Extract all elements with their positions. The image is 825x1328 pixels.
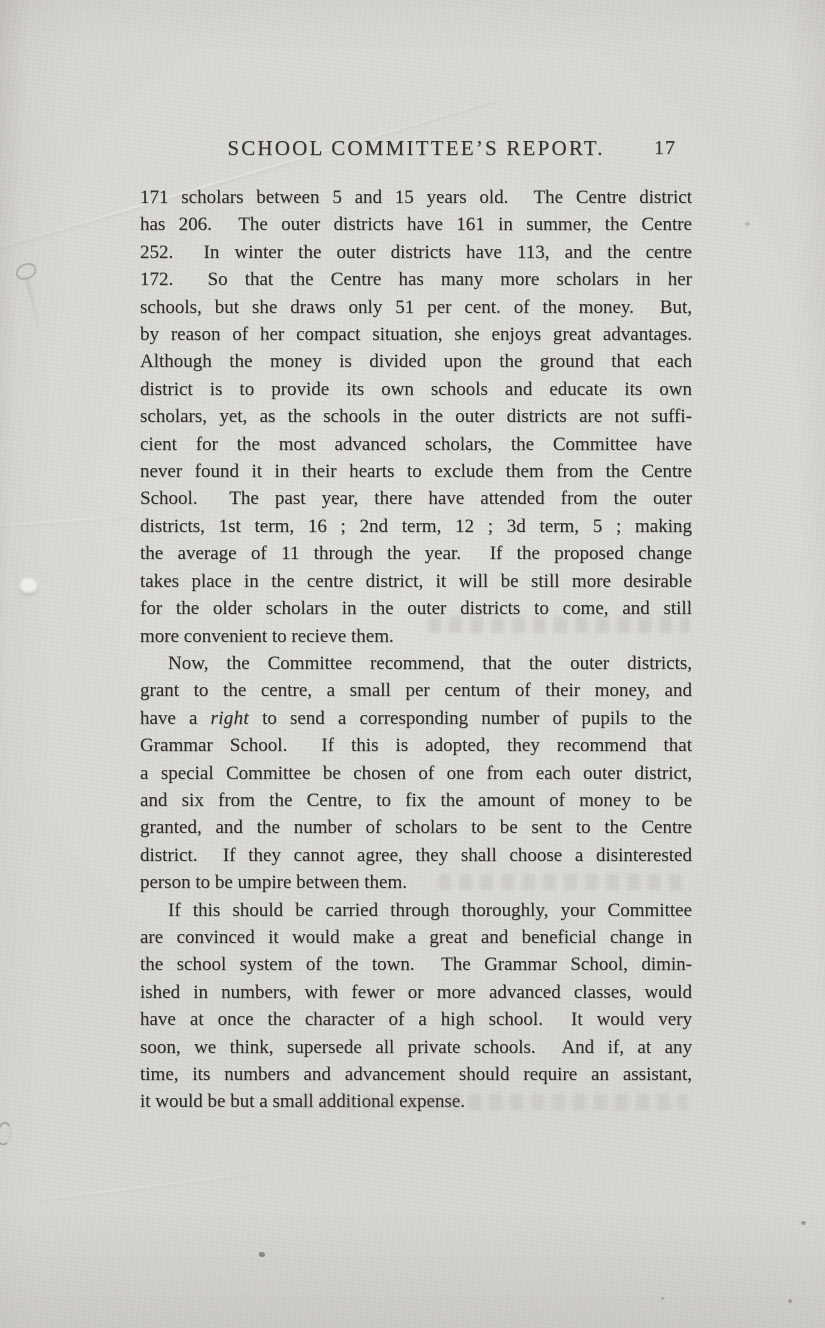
text-line: have at once the character of a high sch… bbox=[140, 1006, 692, 1033]
text-line: cient for the most advanced scholars, th… bbox=[140, 431, 692, 458]
text-line: it would be but a small additional expen… bbox=[140, 1088, 692, 1115]
text-line: and six from the Centre, to fix the amou… bbox=[140, 787, 692, 814]
text-line: School. The past year, there have attend… bbox=[140, 485, 692, 512]
paper-dimple bbox=[20, 578, 37, 593]
text-line: the school system of the town. The Gramm… bbox=[140, 951, 692, 978]
text-line: never found it in their hearts to exclud… bbox=[140, 458, 692, 485]
text-line: 252. In winter the outer districts have … bbox=[140, 239, 692, 266]
text-line: 171 scholars between 5 and 15 years old.… bbox=[140, 184, 692, 211]
text-line: grant to the centre, a small per centum … bbox=[140, 677, 692, 704]
paper-speck bbox=[788, 1299, 792, 1303]
text-line: are convinced it would make a great and … bbox=[140, 924, 692, 951]
text-line: takes place in the centre district, it w… bbox=[140, 568, 692, 595]
page-title: SCHOOL COMMITTEE’S REPORT. bbox=[227, 136, 604, 160]
text-line: Although the money is divided upon the g… bbox=[140, 348, 692, 375]
text-line: the average of 11 through the year. If t… bbox=[140, 540, 692, 567]
pencil-mark bbox=[0, 1121, 13, 1146]
text-block: 171 scholars between 5 and 15 years old.… bbox=[140, 184, 692, 1116]
text-line: by reason of her compact situation, she … bbox=[140, 321, 692, 348]
pencil-mark bbox=[14, 262, 37, 281]
text-line: 172. So that the Centre has many more sc… bbox=[140, 266, 692, 293]
text-line: ished in numbers, with fewer or more adv… bbox=[140, 979, 692, 1006]
text-line: Now, the Committee recommend, that the o… bbox=[140, 650, 692, 677]
text-line: has 206. The outer districts have 161 in… bbox=[140, 211, 692, 238]
text-line: person to be umpire between them. bbox=[140, 869, 692, 896]
text-line: have a right to send a corresponding num… bbox=[140, 705, 692, 732]
page-number: 17 bbox=[654, 137, 676, 160]
text-line: for the older scholars in the outer dist… bbox=[140, 595, 692, 622]
scanned-page: SCHOOL COMMITTEE’S REPORT. 17 171 schola… bbox=[0, 0, 825, 1328]
paper-speck bbox=[661, 1297, 664, 1300]
text-line: districts, 1st term, 16 ; 2nd term, 12 ;… bbox=[140, 513, 692, 540]
paper-speck bbox=[745, 222, 750, 226]
text-line: time, its numbers and advancement should… bbox=[140, 1061, 692, 1088]
paper-crease bbox=[0, 515, 130, 527]
paragraph: Now, the Committee recommend, that the o… bbox=[140, 650, 692, 897]
text-line: district is to provide its own schools a… bbox=[140, 376, 692, 403]
text-line: more convenient to recieve them. bbox=[140, 623, 692, 650]
paper-speck bbox=[801, 1221, 806, 1225]
text-line: If this should be carried through thorou… bbox=[140, 897, 692, 924]
running-head: SCHOOL COMMITTEE’S REPORT. 17 bbox=[140, 136, 692, 162]
text-line: scholars, yet, as the schools in the out… bbox=[140, 403, 692, 430]
paper-speck bbox=[259, 1252, 265, 1257]
paragraph: If this should be carried through thorou… bbox=[140, 897, 692, 1116]
text-line: soon, we think, supersede all private sc… bbox=[140, 1034, 692, 1061]
paper-crease bbox=[41, 1172, 260, 1201]
paragraph: 171 scholars between 5 and 15 years old.… bbox=[140, 184, 692, 650]
text-line: district. If they cannot agree, they sha… bbox=[140, 842, 692, 869]
text-line: Grammar School. If this is adopted, they… bbox=[140, 732, 692, 759]
text-line: a special Committee be chosen of one fro… bbox=[140, 760, 692, 787]
text-line: schools, but she draws only 51 per cent.… bbox=[140, 294, 692, 321]
text-line: granted, and the number of scholars to b… bbox=[140, 814, 692, 841]
